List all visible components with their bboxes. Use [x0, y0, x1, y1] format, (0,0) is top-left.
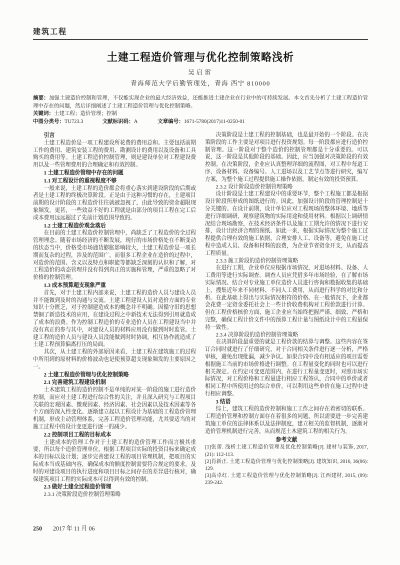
section-heading-2: 2 土建工程造价管理与优化控制策略: [33, 371, 196, 378]
page-footer: 2502017 年 11 月 06: [33, 524, 95, 533]
section-heading-1: 1 土建工程造价管理中存在的问题: [33, 169, 196, 176]
subsection-heading-1-1: 1.1 对工程设计的重视程度不够: [33, 177, 196, 184]
footer-page-number: 250: [33, 525, 42, 532]
journal-page: 建筑工程 土建工程造价管理与优化控制策略浅析 吴启雷 青海师范大学后勤管理处，青…: [0, 0, 400, 565]
doc-code-label: 文献标识码：: [102, 119, 134, 125]
right-column: 决策阶段是土建工程的控制基础，也是最开始的一个阶段。在决策阶段的工作主要是对项目…: [205, 132, 368, 499]
paragraph: 土建工程造价是一项工程建设所花费的费用总和。主要包括前期工作的费用、建筑安装工程…: [33, 139, 196, 169]
title-block: 土建工程造价管理与优化控制策略浅析 吴启雷 青海师范大学后勤管理处，青海 西宁 …: [33, 49, 368, 88]
author-affiliation: 青海师范大学后勤管理处，青海 西宁 810000: [33, 79, 368, 88]
article-title: 土建工程造价管理与优化控制策略浅析: [33, 49, 368, 64]
paragraph: 土木建筑工程的造价控制不是单纯的对某一阶段的施工进行造价控制，而应对土建工程进行…: [33, 387, 196, 431]
paragraph: 其次，从土建工程的外部原因来看，土建工程在建筑施工的过程中所用到的原材料的价格波…: [33, 349, 196, 371]
footer-date: 2017 年 11 月 06: [53, 525, 95, 532]
keywords-label: 关键词：: [33, 111, 54, 117]
subsection-heading-1-3: 1.3 成本预算超支现象严重: [33, 282, 196, 289]
paragraph: 综上，建筑工程的造价控制和施工工作之间存在着密切的联系。工程造价管理和控制方面存…: [205, 406, 368, 436]
clc-value: TU723.3: [65, 119, 84, 125]
subsection-heading-2-3: 2.3 做好土建全过程造价管理: [33, 484, 196, 491]
section-heading-3: 3 结语: [205, 398, 368, 405]
clc-item: 中图分类号：TU723.3: [33, 118, 83, 126]
subsection-heading-2-1: 2.1 完善建筑工程建设机制: [33, 379, 196, 386]
column-masthead: 建筑工程: [33, 26, 368, 40]
paragraph: 一般来说，土建工程的造价都会将重心落实到建设阶段的后期或者是土建工程的终极决算阶…: [33, 185, 196, 222]
paragraph: 在决算阶段最重要的就是工程价款的结算与调整。这些内容在签订合同时就进行了仔细研究…: [205, 339, 368, 398]
left-column: 引言 土建工程造价是一项工程建设所花费的费用总和。主要包括前期工作的费用、建筑安…: [33, 132, 196, 499]
paragraph: 设计阶段是土建工程建设中的重要环节，整个工程施工都是根据设计阶段所形成的图纸进行…: [205, 191, 368, 258]
paragraph: 在进行工期，企业单位应根据市场情况，对进场材料、设备、人工费用等进行实际调查。调…: [205, 265, 368, 332]
references-title: 参考文献: [205, 436, 368, 443]
article-no-item: 文章编号：1671-5780(2017)11-0250-01: [158, 118, 245, 126]
reference-item: [2]肖新正. 土建工程造价管理与优化控制策略[J]. 建筑知识, 2016, …: [205, 458, 368, 472]
abstract-paragraph: 摘要：加强土建造价控制和管理，不仅能实现企业的最大经济效益，还能推进土建企业在行…: [33, 95, 368, 111]
paragraph: 在目前的土建工程造价控制管理中，尚缺乏了工程造价的全过程管理理念。随着市场经济的…: [33, 230, 196, 282]
reference-item: [1]张蕾. 浅析土建工程造价管理及优化控制策略[J]. 建材与装饰, 2017…: [205, 444, 368, 458]
keywords-paragraph: 关键词：土建工程；造价管理；控制: [33, 110, 368, 118]
clc-label: 中图分类号：: [33, 119, 65, 125]
subsubsection-heading-2-3-4: 2.3.4 决算阶段的造价控制管理策略: [205, 331, 368, 338]
abstract-block: 摘要：加强土建造价控制和管理，不仅能实现企业的最大经济效益，还能推进土建企业在行…: [33, 95, 368, 126]
abstract-label: 摘要：: [33, 96, 49, 102]
doc-code-item: 文献标识码：A: [102, 118, 137, 126]
author-name: 吴启雷: [33, 68, 368, 77]
subsubsection-heading-2-3-2: 2.3.2 设计阶段造价控制管理策略: [205, 183, 368, 190]
column-header-label: 建筑工程: [33, 28, 67, 36]
body-columns: 引言 土建工程造价是一项工程建设所花费的费用总和。主要包括前期工作的费用、建筑安…: [33, 132, 368, 499]
abstract-text: 加强土建造价控制和管理，不仅能实现企业的最大经济效益，还能推进土建企业在行业中的…: [33, 96, 368, 109]
section-heading-intro: 引言: [33, 132, 196, 139]
subsection-heading-2-2: 2.2 控制项目工程的目标成本: [33, 431, 196, 438]
page-content: 建筑工程 土建工程造价管理与优化控制策略浅析 吴启雷 青海师范大学后勤管理处，青…: [0, 0, 400, 565]
classification-row: 中图分类号：TU723.3 文献标识码：A 文章编号：1671-5780(201…: [33, 118, 368, 126]
subsubsection-heading-2-3-3: 2.3.3 施工阶段的造价控制管理策略: [205, 257, 368, 264]
doc-code-value: A: [134, 119, 138, 125]
subsection-heading-1-2: 1.2 土建工程造价观念落后: [33, 222, 196, 229]
paragraph: 土建成本的管理工作对于土建工程的造价管理工作而言极其重要，所以每个造价管理单位，…: [33, 439, 196, 483]
keywords-text: 土建工程；造价管理；控制: [54, 111, 117, 117]
article-no-label: 文章编号：: [158, 119, 184, 125]
article-no-value: 1671-5780(2017)11-0250-01: [184, 119, 245, 125]
subsubsection-heading-2-3-1: 2.3.1 决策阶段造价控制管理策略: [33, 491, 196, 498]
paragraph: 首先，对于土建工程内部来说，土建工程的造价人员与建设人员并不能做到及时的沟通与交…: [33, 289, 196, 348]
reference-item: [3]高卓红. 土建工程造价管理与优化控制策略[J]. 江西建材, 2015, …: [205, 473, 368, 487]
paragraph: 决策阶段是土建工程的控制基础，也是最开始的一个阶段。在决策阶段的工作主要是对项目…: [205, 132, 368, 184]
